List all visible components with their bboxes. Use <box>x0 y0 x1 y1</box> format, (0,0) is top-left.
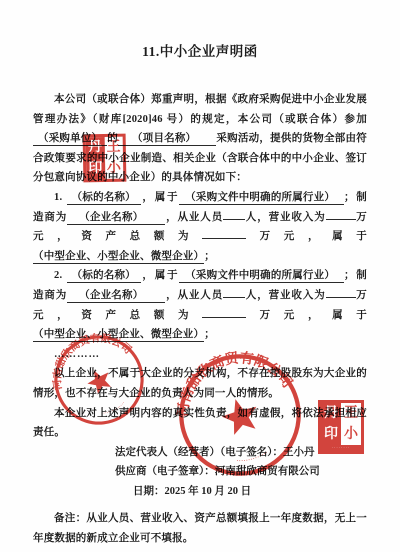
blank-subject-name-2: （标的名称） <box>67 269 141 283</box>
declaration-text-1: 本公司（或联合体）郑重声明，根据《政府采购促进中小企业发展管理办法》（财库[20… <box>33 94 367 125</box>
blank-assets-2 <box>202 317 246 318</box>
item1-text-3: ，从业人员 <box>165 212 223 223</box>
paragraph-item-1: 1. （标的名称），属于（采购文件中明确的所属行业）；制造商为（企业名称），从业… <box>33 188 367 266</box>
item2-text-3: ，从业人员 <box>165 290 223 301</box>
blank-revenue-1 <box>326 219 356 220</box>
item2-text-6: 万元，属于 <box>246 310 367 321</box>
seal-char-yin: 印 <box>321 424 341 445</box>
personal-seal-grid: 丹 王 印 小 <box>86 137 124 180</box>
blank-subject-name-1: （标的名称） <box>67 191 141 205</box>
seal-char-xiao: 小 <box>341 424 361 445</box>
blank-employees-2 <box>223 297 245 298</box>
blank-industry-1: （采购文件中明确的所属行业） <box>179 191 344 205</box>
company-seal-serial-arc: ·············· <box>234 447 271 468</box>
blank-industry-2: （采购文件中明确的所属行业） <box>179 269 344 283</box>
document-page: 11.中小企业声明函 本公司（或联合体）郑重声明，根据《政府采购促进中小企业发展… <box>0 0 400 552</box>
star-icon <box>218 394 262 437</box>
item1-text-7: ； <box>204 251 215 262</box>
item2-number: 2. <box>54 270 67 281</box>
seal-char-wang: 王 <box>341 403 361 424</box>
document-title: 11.中小企业声明函 <box>33 0 367 90</box>
item2-text-7: ； <box>204 329 215 340</box>
item1-text-4: 人，营业收入为 <box>245 212 326 223</box>
blank-revenue-2 <box>326 297 356 298</box>
seal-char-wang: 王 <box>104 137 123 158</box>
star-icon <box>83 365 115 396</box>
seal-char-xiao: 小 <box>105 158 124 179</box>
personal-seal-band: ········ <box>321 445 361 451</box>
seal-char-dan: 丹 <box>86 137 105 158</box>
paragraph-item-2: 2. （标的名称），属于（采购文件中明确的所属行业）；制造商为（企业名称），从业… <box>33 266 367 344</box>
blank-enterprise-type-1: （中型企业、小型企业、微型企业） <box>33 250 204 264</box>
blank-project-name: （项目名称） <box>118 132 216 146</box>
blank-assets-1 <box>202 238 246 239</box>
blank-employees-1 <box>223 219 245 220</box>
item1-number: 1. <box>54 192 67 203</box>
seal-char-dan: 丹 <box>321 403 341 424</box>
blank-company-name-1: （企业名称） <box>67 211 165 225</box>
item2-text-4: 人，营业收入为 <box>245 290 326 301</box>
paragraph-note: 备注：从业人员、营业收入、资产总额填报上一年度数据，无上一年度数据的新成立企业可… <box>33 509 367 548</box>
blank-company-name-2: （企业名称） <box>67 289 165 303</box>
item2-text-1: ，属于 <box>141 270 179 281</box>
personal-seal-grid: 丹 王 印 小 <box>321 403 361 445</box>
svg-text:··············: ·············· <box>234 447 271 468</box>
seal-char-yin: 印 <box>86 158 105 179</box>
item1-text-6: 万元，属于 <box>246 231 367 242</box>
item1-text-1: ，属于 <box>141 192 179 203</box>
personal-seal-stamp-bottom: 丹 王 印 小 ········ <box>318 400 364 454</box>
personal-seal-stamp-top: 丹 王 印 小 <box>83 134 127 183</box>
